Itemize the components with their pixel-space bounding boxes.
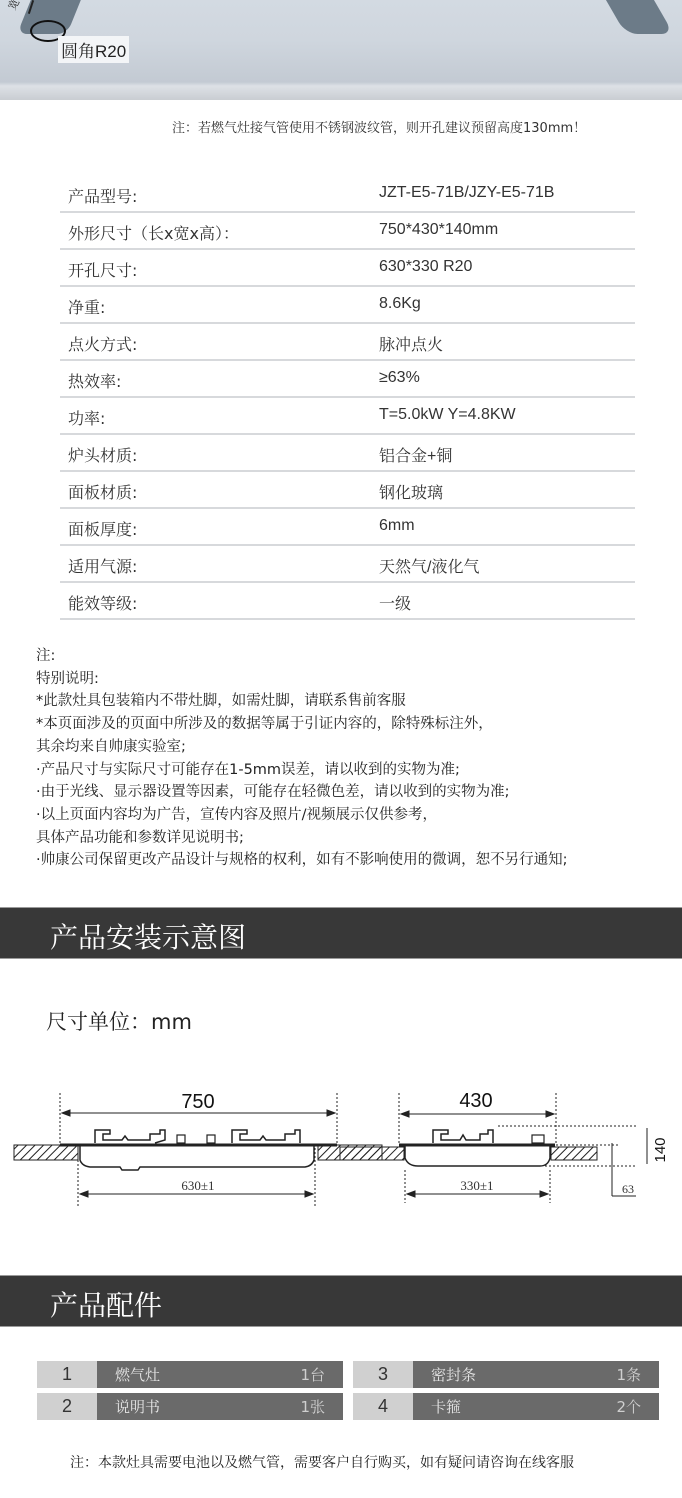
note-line: 注:	[36, 645, 568, 668]
accessory-number: 4	[353, 1393, 413, 1420]
note-line: 其余均来自帅康实验室;	[36, 736, 568, 759]
arrow-label: 宽	[4, 0, 23, 13]
accessory-number: 3	[353, 1361, 413, 1388]
spec-row: 功率: T=5.0kW Y=4.8KW	[60, 398, 635, 435]
side-cutout-label: 330±1	[460, 1178, 493, 1193]
accessory-qty: 2个	[616, 1393, 641, 1422]
front-cutout-label: 630±1	[181, 1178, 214, 1193]
accessories-section-header: 产品配件	[0, 1275, 682, 1327]
spec-row: 外形尺寸（长x宽x高）： 750*430*140mm	[60, 213, 635, 250]
spec-row: 开孔尺寸: 630*330 R20	[60, 250, 635, 287]
accessory-number: 1	[37, 1361, 97, 1388]
spec-value: 天然气/液化气	[379, 554, 479, 577]
spec-value: T=5.0kW Y=4.8KW	[379, 406, 516, 424]
accessory-name-cell: 密封条 1条	[413, 1361, 659, 1388]
accessory-item: 3 密封条 1条	[353, 1361, 661, 1388]
accessory-item: 2 说明书 1张	[37, 1393, 343, 1420]
disclaimer-notes: 注: 特别说明: *此款灶具包装箱内不带灶脚，如需灶脚，请联系售前客服 *本页面…	[36, 645, 568, 872]
accessory-name-cell: 卡箍 2个	[413, 1393, 659, 1420]
note-line: 具体产品功能和参数详见说明书;	[36, 827, 568, 850]
accessory-qty: 1张	[300, 1393, 325, 1422]
spec-row: 能效等级: 一级	[60, 583, 635, 620]
accessory-name: 卡箍	[431, 1398, 461, 1416]
spec-label: 点火方式:	[68, 332, 137, 355]
accessory-name: 说明书	[115, 1398, 160, 1416]
unit-label: 尺寸单位：mm	[46, 1006, 192, 1036]
side-depth-label: 430	[459, 1090, 492, 1112]
note-line: ·产品尺寸与实际尺寸可能存在1-5mm误差，请以收到的实物为准;	[36, 759, 568, 782]
spec-value: 一级	[379, 591, 411, 614]
height-label: 140	[652, 1137, 669, 1162]
spec-value: 630*330 R20	[379, 258, 472, 276]
spec-label: 面板厚度:	[68, 517, 137, 540]
section-title: 产品配件	[50, 1284, 162, 1324]
spec-value: JZT-E5-71B/JZY-E5-71B	[379, 184, 554, 202]
note-line: 特别说明:	[36, 668, 568, 691]
below-counter-label: 63	[622, 1182, 634, 1196]
accessory-name: 密封条	[431, 1366, 476, 1384]
spec-value: 6mm	[379, 517, 415, 535]
spec-row: 面板材质: 钢化玻璃	[60, 472, 635, 509]
spec-value: 铝合金+铜	[379, 443, 452, 466]
cutout-right-edge	[594, 0, 673, 34]
spec-row: 热效率: ≥63%	[60, 361, 635, 398]
spec-label: 产品型号:	[68, 184, 137, 207]
accessory-name-cell: 说明书 1张	[97, 1393, 343, 1420]
spec-label: 面板材质:	[68, 480, 137, 503]
spec-value: 750*430*140mm	[379, 221, 498, 239]
installation-diagram: 750 630±1 430 330±1 140 63	[0, 1080, 682, 1250]
spec-value: 脉冲点火	[379, 332, 443, 355]
spec-label: 外形尺寸（长x宽x高）：	[68, 221, 239, 244]
spec-label: 适用气源:	[68, 554, 137, 577]
spec-value: 8.6Kg	[379, 295, 421, 313]
spec-row: 面板厚度: 6mm	[60, 509, 635, 546]
spec-label: 净重:	[68, 295, 105, 318]
note-line: *此款灶具包装箱内不带灶脚，如需灶脚，请联系售前客服	[36, 690, 568, 713]
note-line: ·帅康公司保留更改产品设计与规格的权利，如有不影响使用的微调，恕不另行通知;	[36, 849, 568, 872]
spec-label: 开孔尺寸:	[68, 258, 137, 281]
accessory-name-cell: 燃气灶 1台	[97, 1361, 343, 1388]
accessory-name: 燃气灶	[115, 1366, 160, 1384]
accessory-qty: 1台	[300, 1361, 325, 1390]
note-line: *本页面涉及的页面中所涉及的数据等属于引证内容的，除特殊标注外，	[36, 713, 568, 736]
accessory-number: 2	[37, 1393, 97, 1420]
install-section-header: 产品安装示意图	[0, 907, 682, 959]
spec-label: 热效率:	[68, 369, 121, 392]
note-line: ·由于光线、显示器设置等因素，可能存在轻微色差，请以收到的实物为准;	[36, 781, 568, 804]
accessory-item: 1 燃气灶 1台	[37, 1361, 343, 1388]
purchase-note: 注：本款灶具需要电池以及燃气管，需要客户自行购买，如有疑问请咨询在线客服	[70, 1452, 574, 1472]
spec-label: 能效等级:	[68, 591, 137, 614]
spec-row: 产品型号: JZT-E5-71B/JZY-E5-71B	[60, 176, 635, 213]
spec-table: 产品型号: JZT-E5-71B/JZY-E5-71B 外形尺寸（长x宽x高）：…	[60, 176, 635, 620]
spec-value: 钢化玻璃	[379, 480, 443, 503]
spec-value: ≥63%	[379, 369, 420, 387]
accessory-item: 4 卡箍 2个	[353, 1393, 661, 1420]
spec-label: 功率:	[68, 406, 105, 429]
cutout-height-note: 注：若燃气灶接气管使用不锈钢波纹管，则开孔建议预留高度130mm！	[172, 117, 586, 136]
spec-row: 点火方式: 脉冲点火	[60, 324, 635, 361]
accessory-qty: 1条	[616, 1361, 641, 1390]
section-title: 产品安装示意图	[50, 916, 246, 956]
spec-row: 适用气源: 天然气/液化气	[60, 546, 635, 583]
front-width-label: 750	[181, 1091, 214, 1113]
note-line: ·以上页面内容均为广告，宣传内容及照片/视频展示仅供参考，	[36, 804, 568, 827]
spec-row: 净重: 8.6Kg	[60, 287, 635, 324]
cutout-corner-illustration: 宽 圆角R20	[0, 0, 682, 100]
spec-label: 炉头材质:	[68, 443, 137, 466]
corner-radius-label: 圆角R20	[58, 36, 129, 63]
spec-row: 炉头材质: 铝合金+铜	[60, 435, 635, 472]
